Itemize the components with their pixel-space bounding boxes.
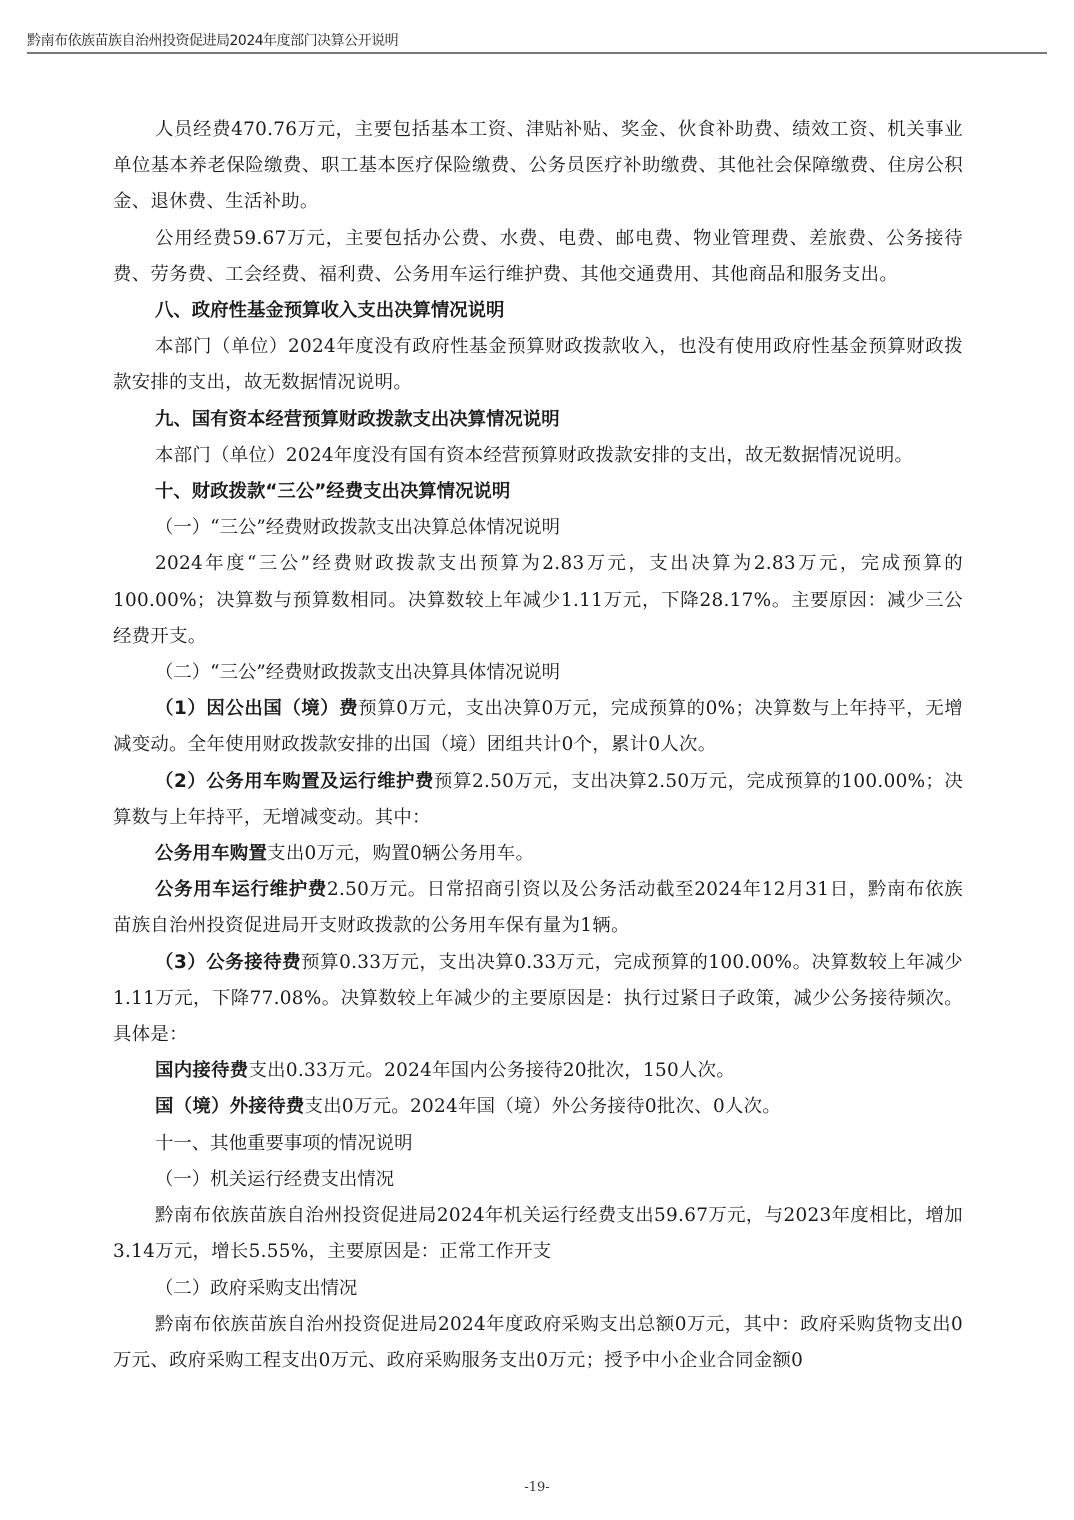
section-11-sub1-heading: （一）机关运行经费支出情况	[113, 1162, 963, 1198]
vehicle-maintenance-paragraph: 公务用车运行维护费2.50万元。日常招商引资以及公务活动截至2024年12月31…	[113, 872, 963, 944]
section-10-heading: 十、财政拨款“三公”经费支出决算情况说明	[113, 474, 963, 510]
section-8-body: 本部门（单位）2024年度没有政府性基金预算财政拨款收入，也没有使用政府性基金预…	[113, 329, 963, 401]
section-11-heading: 十一、其他重要事项的情况说明	[113, 1126, 963, 1162]
vehicle-purchase-text: 支出0万元，购置0辆公务用车。	[267, 843, 534, 864]
section-9-body: 本部门（单位）2024年度没有国有资本经营预算财政拨款安排的支出，故无数据情况说…	[113, 438, 963, 474]
domestic-reception-text: 支出0.33万元。2024年国内公务接待20批次，150人次。	[248, 1060, 735, 1081]
foreign-reception-paragraph: 国（境）外接待费支出0万元。2024年国（境）外公务接待0批次、0人次。	[113, 1089, 963, 1125]
section-10-sub1-body: 2024年度“三公”经费财政拨款支出预算为2.83万元，支出决算为2.83万元，…	[113, 546, 963, 655]
section-10-sub1-heading: （一）“三公”经费财政拨款支出决算总体情况说明	[113, 510, 963, 546]
public-expense-paragraph: 公用经费59.67万元，主要包括办公费、水费、电费、邮电费、物业管理费、差旅费、…	[113, 221, 963, 293]
section-11-sub2-body: 黔南布依族苗族自治州投资促进局2024年度政府采购支出总额0万元，其中：政府采购…	[113, 1307, 963, 1379]
foreign-reception-text: 支出0万元。2024年国（境）外公务接待0批次、0人次。	[305, 1096, 782, 1117]
foreign-reception-label: 国（境）外接待费	[155, 1096, 305, 1117]
personnel-expense-paragraph: 人员经费470.76万元，主要包括基本工资、津贴补贴、奖金、伙食补助费、绩效工资…	[113, 112, 963, 221]
section-11-sub1-body: 黔南布依族苗族自治州投资促进局2024年机关运行经费支出59.67万元，与202…	[113, 1198, 963, 1270]
running-header: 黔南布依族苗族自治州投资促进局2024年度部门决算公开说明	[27, 30, 398, 50]
reception-expense-label: （3）公务接待费	[155, 952, 301, 973]
vehicle-purchase-label: 公务用车购置	[155, 843, 267, 864]
domestic-reception-paragraph: 国内接待费支出0.33万元。2024年国内公务接待20批次，150人次。	[113, 1053, 963, 1089]
section-10-sub2-heading: （二）“三公”经费财政拨款支出决算具体情况说明	[113, 655, 963, 691]
document-body: 人员经费470.76万元，主要包括基本工资、津贴补贴、奖金、伙食补助费、绩效工资…	[113, 112, 963, 1379]
overseas-travel-paragraph: （1）因公出国（境）费预算0万元，支出决算0万元，完成预算的0%；决算数与上年持…	[113, 691, 963, 763]
overseas-travel-label: （1）因公出国（境）费	[155, 698, 358, 719]
reception-expense-paragraph: （3）公务接待费预算0.33万元，支出决算0.33万元，完成预算的100.00%…	[113, 945, 963, 1054]
section-11-sub2-heading: （二）政府采购支出情况	[113, 1271, 963, 1307]
domestic-reception-label: 国内接待费	[155, 1060, 248, 1081]
vehicle-expense-label: （2）公务用车购置及运行维护费	[155, 771, 434, 792]
page-number: -19-	[0, 1480, 1074, 1495]
section-8-heading: 八、政府性基金预算收入支出决算情况说明	[113, 293, 963, 329]
vehicle-maintenance-label: 公务用车运行维护费	[155, 879, 327, 900]
section-9-heading: 九、国有资本经营预算财政拨款支出决算情况说明	[113, 402, 963, 438]
header-divider	[27, 52, 1047, 54]
vehicle-purchase-paragraph: 公务用车购置支出0万元，购置0辆公务用车。	[113, 836, 963, 872]
vehicle-expense-paragraph: （2）公务用车购置及运行维护费预算2.50万元，支出决算2.50万元，完成预算的…	[113, 764, 963, 836]
